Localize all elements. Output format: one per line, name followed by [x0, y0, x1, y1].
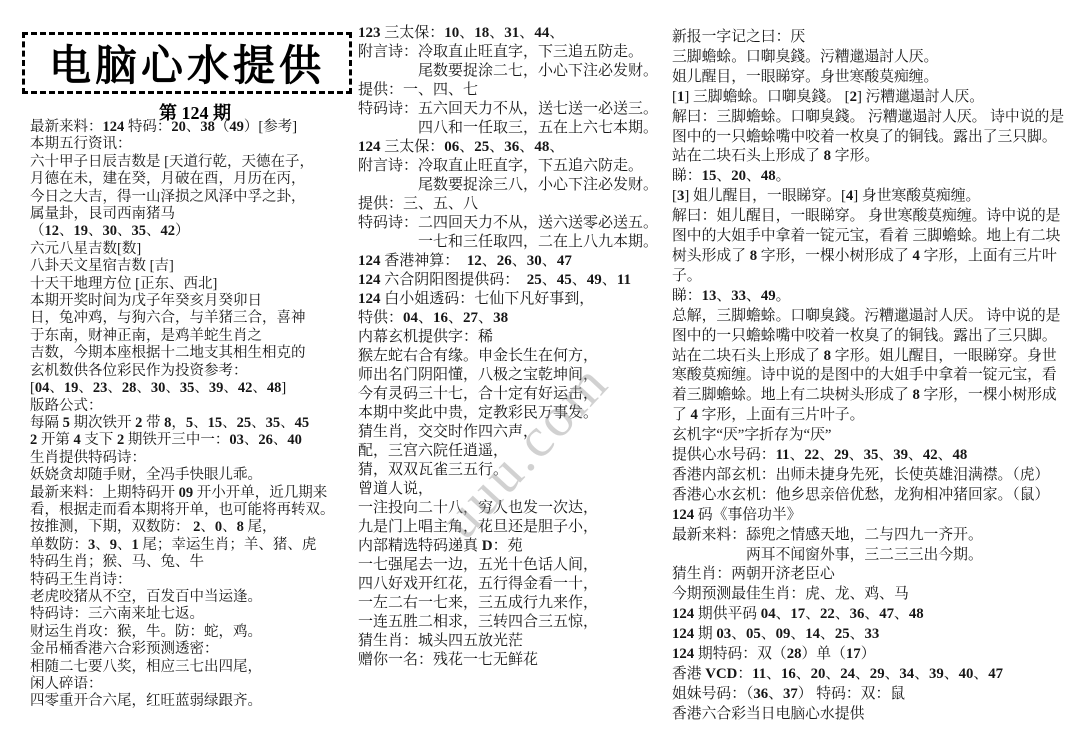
text-line: 124 期特码：双（28）单（17）	[672, 645, 1074, 665]
text-line: 赠你一名：残花一七无鲜花	[358, 651, 688, 670]
text-line: 本期开奖时间为戊子年癸亥月癸卯日	[30, 293, 365, 310]
text-line: 香港内部玄机：出师未捷身先死，长使英雄泪满襟。（虎）	[672, 466, 1074, 486]
text-line: 九是门上唱主角，花旦还是胆子小，	[358, 518, 688, 537]
text-line: 特码诗：三六南来址七返。	[30, 606, 365, 623]
text-line: 单数防：3、9、1 尾；幸运生肖；羊、猪、虎	[30, 537, 365, 554]
text-line: 特码诗：五六回天力不从，送七送一必送三。	[358, 100, 688, 119]
text-line: 提供：三、五、八	[358, 195, 688, 214]
text-line: 师出名门阴阳懂，八极之宝乾坤间，	[358, 366, 688, 385]
text-line: 124 白小姐透码：七仙下凡好事到，	[358, 290, 688, 309]
text-line: 内幕玄机提供字：稀	[358, 328, 688, 347]
text-line: 一注投向二十八，穷人也发一次达，	[358, 499, 688, 518]
page-title: 电脑心水提供	[49, 33, 325, 93]
text-line: 最新来料：舔兜之情感天地，二与四九一齐开。	[672, 526, 1074, 546]
text-line: 四八和一任取三，五在上六七本期。	[358, 119, 688, 138]
text-line: 六元八星吉数[数]	[30, 241, 365, 258]
text-line: 124 三太保：06、25、36、48、	[358, 138, 688, 157]
text-line: 吉数，今期本座根据十二地支其相生相克的	[30, 345, 365, 362]
text-line: 姐妹号码：（36、37） 特码：双：鼠	[672, 685, 1074, 705]
text-line: （12、19、30、35、42）	[30, 223, 365, 240]
text-line: 寒酸莫痴缠。诗中说的是图中的大姐手中拿着一锭元宝，看	[672, 366, 1074, 386]
text-line: 提供：一、四、七	[358, 81, 688, 100]
text-line: 尾数要捉涂二七，小心下注必发财。	[358, 62, 688, 81]
text-line: 图中的一只蟾蜍嘴中咬着一枚臭了的铜钱。露出了三只脚。	[672, 327, 1074, 347]
text-line: [1] 三脚蟾蜍。口啣臭錢。 [2] 污糟邋遢討人厌。	[672, 88, 1074, 108]
text-line: 特码生肖；猴、马、兔、牛	[30, 554, 365, 571]
left-column: 最新来料：124 特码：20、38（49）[参考]本期五行资讯：六十甲子日辰吉数…	[30, 119, 365, 711]
text-line: 一七强尾去一边，五光十色话人间，	[358, 556, 688, 575]
text-line: 姐儿醒目，一眼睇穿。身世寒酸莫痴缠。	[672, 68, 1074, 88]
text-line: 图中的一只蟾蜍嘴中咬着一枚臭了的铜钱。露出了三只脚。	[672, 128, 1074, 148]
text-line: 猜生肖：城头四五放光茫	[358, 632, 688, 651]
text-line: 妖娆贪却随手财，全冯手快眼儿乖。	[30, 467, 365, 484]
text-line: 内部精选特码递真 D：苑	[358, 537, 688, 556]
text-line: 老虎咬猪从不空，百发百中当运逢。	[30, 589, 365, 606]
text-line: 尾数要捉涂三八，小心下注必发财。	[358, 176, 688, 195]
text-line: 两耳不闻窗外事，三二三三出今期。	[672, 546, 1074, 566]
masthead-box: 电脑心水提供	[22, 32, 352, 94]
text-line: [3] 姐儿醒目，一眼睇穿。[4] 身世寒酸莫痴缠。	[672, 187, 1074, 207]
text-line: 相随二七要八奖，相应三七出四尾，	[30, 659, 365, 676]
text-line: 今有灵码三十七，合十定有好运击，	[358, 385, 688, 404]
text-line: 今期预测最佳生肖：虎、龙、鸡、马	[672, 585, 1074, 605]
text-line: 123 三太保：10、18、31、44、	[358, 24, 688, 43]
text-line: 六十甲子日辰吉数是 [天道行乾，天德在子，	[30, 154, 365, 171]
text-line: 闲人碎语：	[30, 676, 365, 693]
text-line: 今日之大吉，得一山泽损之风泽中孚之卦，	[30, 189, 365, 206]
text-line: 每隔 5 期次铁开 2 带 8，5、15、25、35、45	[30, 415, 365, 432]
text-line: 特码王生肖诗：	[30, 572, 365, 589]
text-line: 属量卦，艮司西南猪马	[30, 206, 365, 223]
text-line: 三脚蟾蜍。口啣臭錢。污糟邋遢討人厌。	[672, 48, 1074, 68]
text-line: [04、19、23、28、30、35、39、42、48]	[30, 380, 365, 397]
text-line: 提供心水号码：11、22、29、35、39、42、48	[672, 446, 1074, 466]
text-line: 最新来料：124 特码：20、38（49）[参考]	[30, 119, 365, 136]
text-line: 124 码《事倍功半》	[672, 506, 1074, 526]
text-line: 四八好戏开红花，五行得金看一十，	[358, 575, 688, 594]
text-line: 生肖提供特码诗：	[30, 450, 365, 467]
text-line: 新报一字记之曰：厌	[672, 28, 1074, 48]
text-line: 曾道人说，	[358, 480, 688, 499]
text-line: 按推测，下期，双数防： 2、0、8 尾，	[30, 519, 365, 536]
text-line: 月德在未，建在癸，月破在酉，月历在丙，	[30, 171, 365, 188]
text-line: 香港心水玄机：他乡思亲倍优愁，龙狗相冲猪回家。（鼠）	[672, 486, 1074, 506]
text-line: 猜生肖，交交时作四六声，	[358, 423, 688, 442]
text-line: 版路公式：	[30, 398, 365, 415]
right-column: 新报一字记之曰：厌三脚蟾蜍。口啣臭錢。污糟邋遢討人厌。姐儿醒目，一眼睇穿。身世寒…	[672, 28, 1074, 725]
text-line: 一连五胜二相求，三转四合三五惊，	[358, 613, 688, 632]
text-line: 八卦天文星宿吉数 [吉]	[30, 258, 365, 275]
text-line: 配，三宫六院任逍遥，	[358, 442, 688, 461]
text-line: 日，兔冲鸡，与狗六合，与羊猪三合，喜神	[30, 310, 365, 327]
text-line: 2 开第 4 支下 2 期铁开三中一：03、26、40	[30, 432, 365, 449]
text-line: 于东南，财神正南，是鸡羊蛇生肖之	[30, 328, 365, 345]
text-line: 124 香港神算： 12、26、30、47	[358, 252, 688, 271]
text-line: 树头形成了 8 字形，一棵小树形成了 4 字形，上面有三片叶	[672, 247, 1074, 267]
text-line: 本期中奖此中贵，定教彩民万事发。	[358, 404, 688, 423]
text-line: 一七和三任取四，二在上八九本期。	[358, 233, 688, 252]
text-line: 猜，双双瓦雀三五行。	[358, 461, 688, 480]
text-line: 猜生肖：两朝开济老臣心	[672, 565, 1074, 585]
text-line: 财运生肖攻：猴，牛。防：蛇，鸡。	[30, 624, 365, 641]
text-line: 最新来料：上期特码开 09 开小开单，近几期来	[30, 485, 365, 502]
text-line: 金吊桶香港六合彩预测透密：	[30, 641, 365, 658]
text-line: 特码诗：二四回天力不从，送六送零必送五。	[358, 214, 688, 233]
text-line: 玄机数供各位彩民作为投资参考：	[30, 363, 365, 380]
text-line: 睇：13、33、49。	[672, 287, 1074, 307]
text-line: 十天干地理方位 [正东、西北]	[30, 276, 365, 293]
text-line: 站在二块石头上形成了 8 字形。	[672, 147, 1074, 167]
text-line: 香港 VCD：11、16、20、24、29、34、39、40、47	[672, 665, 1074, 685]
text-line: 一左二右一七来，三五成行九来作，	[358, 594, 688, 613]
text-line: 看，根据走而看本期将开单，也可能将再转双。	[30, 502, 365, 519]
text-line: 睇：15、20、48。	[672, 167, 1074, 187]
text-line: 本期五行资讯：	[30, 136, 365, 153]
text-line: 图中的大姐手中拿着一锭元宝，看着 三脚蟾蜍。地上有二块	[672, 227, 1074, 247]
text-line: 124 期 03、05、09、14、25、33	[672, 625, 1074, 645]
text-line: 124 六合阴阳图提供码： 25、45、49、11	[358, 271, 688, 290]
text-line: 124 期供平码 04、17、22、36、47、48	[672, 605, 1074, 625]
text-line: 总解，三脚蟾蜍。口啣臭錢。污糟邋遢討人厌。 诗中说的是	[672, 307, 1074, 327]
text-line: 四零重开合六尾，红旺蓝弱绿跟齐。	[30, 693, 365, 710]
text-line: 附言诗：冷取直止旺直字，下三追五防走。	[358, 43, 688, 62]
text-line: 附言诗：冷取直止旺直字，下五追六防走。	[358, 157, 688, 176]
text-line: 站在二块石头上形成了 8 字形。姐儿醒目，一眼睇穿。身世	[672, 347, 1074, 367]
text-line: 了 4 字形，上面有三片叶子。	[672, 406, 1074, 426]
text-line: 猴左蛇右合有缘。申金长生在何方，	[358, 347, 688, 366]
text-line: 子。	[672, 267, 1074, 287]
text-line: 特供：04、16、27、38	[358, 309, 688, 328]
text-line: 解曰：三脚蟾蜍。口啣臭錢。 污糟邋遢討人厌。 诗中说的是	[672, 108, 1074, 128]
text-line: 解曰：姐儿醒目，一眼睇穿。 身世寒酸莫痴缠。诗中说的是	[672, 207, 1074, 227]
middle-column: 123 三太保：10、18、31、44、附言诗：冷取直止旺直字，下三追五防走。 …	[358, 24, 688, 670]
text-line: 玄机字“厌”字折存为“厌”	[672, 426, 1074, 446]
text-line: 着三脚蟾蜍。地上有二块树头形成了 8 字形，一棵小树形成	[672, 386, 1074, 406]
text-line: 香港六合彩当日电脑心水提供	[672, 705, 1074, 725]
